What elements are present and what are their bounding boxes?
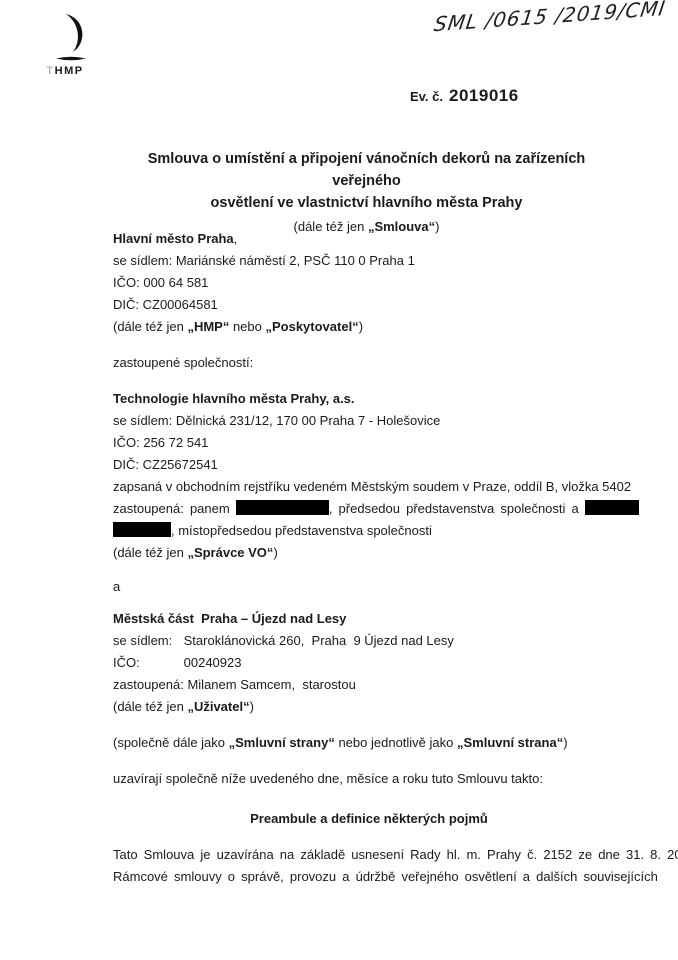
ev-number-line: Ev. č.2019016 [410,86,519,106]
party-hmp-name: Hlavní město Praha [113,231,234,246]
party-thmp-representation-line-1: zastoupená: panem , předsedou představen… [113,498,625,520]
ev-number-label: Ev. č. [410,89,443,104]
joint-post: ) [563,735,567,750]
party-thmp-dic: DIČ: CZ25672541 [113,454,625,476]
party-hmp-name-suffix: , [234,231,238,246]
title-line-2: osvětlení ve vlastnictví hlavního města … [113,192,620,214]
party-thmp-name-line: Technologie hlavního města Prahy, a.s. [113,388,625,410]
logo-text: THMP [40,65,90,77]
party-hmp-alias-term2: „Poskytovatel“ [265,319,358,334]
joint-mid: nebo jednotlivě jako [335,735,457,750]
party-thmp-alias-term: „Správce VO“ [187,545,273,560]
party-hmp-name-line: Hlavní město Praha, [113,228,625,250]
handwritten-reference: SML /0615 /2019/CMI [433,0,668,36]
party-thmp-representation-line-2: , místopředsedou představenstva společno… [113,520,625,542]
party-thmp-alias-post: ) [273,545,277,560]
party-thmp-alias-line: (dále též jen „Správce VO“) [113,542,625,564]
redaction-bar [236,500,329,515]
party-mc-ico-line: IČO: 00240923 [113,652,625,674]
preamble-paragraph-line-1: Tato Smlouva je uzavírána na základě usn… [113,844,625,866]
crescent-swoosh-icon [52,12,92,64]
joint-designation-line: (společně dále jako „Smluvní strany“ neb… [113,732,625,754]
party-thmp-registry: zapsaná v obchodním rejstříku vedeném Mě… [113,476,625,498]
party-mc-representation-line: zastoupená: Milanem Samcem, starostou [113,674,625,696]
party-hmp-ico: IČO: 000 64 581 [113,272,625,294]
contract-title-block: Smlouva o umístění a připojení vánočních… [113,148,620,238]
party-mc-ico-value: 00240923 [184,655,242,670]
title-line-1: Smlouva o umístění a připojení vánočních… [113,148,620,192]
party-mc-name: Městská část Praha – Újezd nad Lesy [113,611,346,626]
party-hmp-alias-pre: (dále též jen [113,319,187,334]
party-thmp-ico: IČO: 256 72 541 [113,432,625,454]
redaction-bar [585,500,639,515]
thmp-logo: THMP [40,12,90,77]
party-mc-rep-label: zastoupená: [113,677,184,692]
party-hmp-alias-post: ) [359,319,363,334]
party-hmp-alias-term1: „HMP“ [187,319,229,334]
party-hmp-alias-line: (dále též jen „HMP“ nebo „Poskytovatel“) [113,316,625,338]
representation-seg-3: , místopředsedou představenstva společno… [171,523,432,538]
ev-number-value: 2019016 [449,86,519,105]
contract-document-page: THMP SML /0615 /2019/CMI Ev. č.2019016 S… [0,0,678,960]
conclusion-line: uzavírají společně níže uvedeného dne, m… [113,768,625,790]
party-mc-address-line: se sídlem: Staroklánovická 260, Praha 9 … [113,630,625,652]
party-mc-rep-value: Milanem Samcem, starostou [187,677,355,692]
logo-text-hmp: HMP [55,65,84,77]
logo-text-t: T [46,65,54,77]
representation-seg-2: , předsedou představenstva společnosti a [329,501,579,516]
party-mc-ico-label: IČO: [113,652,180,674]
connector-and: a [113,576,625,598]
party-mc-alias-post: ) [250,699,254,714]
party-thmp-alias-pre: (dále též jen [113,545,187,560]
represented-by-line: zastoupené společností: [113,352,625,374]
contract-body: Hlavní město Praha, se sídlem: Mariánské… [113,228,625,888]
party-mc-address-label: se sídlem: [113,630,180,652]
representation-seg-1: zastoupená: panem [113,501,230,516]
party-thmp-address: se sídlem: Dělnická 231/12, 170 00 Praha… [113,410,625,432]
joint-term1: „Smluvní strany“ [229,735,335,750]
redaction-bar [113,522,171,537]
preamble-heading: Preambule a definice některých pojmů [113,808,625,830]
joint-term2: „Smluvní strana“ [457,735,563,750]
party-hmp-dic: DIČ: CZ00064581 [113,294,625,316]
party-hmp-address: se sídlem: Mariánské náměstí 2, PSČ 110 … [113,250,625,272]
party-mc-address-value: Staroklánovická 260, Praha 9 Újezd nad L… [184,633,454,648]
joint-pre: (společně dále jako [113,735,229,750]
party-mc-name-line: Městská část Praha – Újezd nad Lesy [113,608,625,630]
party-thmp-name: Technologie hlavního města Prahy, a.s. [113,391,355,406]
party-hmp-alias-mid: nebo [229,319,265,334]
preamble-paragraph-line-2: Rámcové smlouvy o správě, provozu a údrž… [113,866,625,888]
party-mc-alias-line: (dále též jen „Uživatel“) [113,696,625,718]
party-mc-alias-term: „Uživatel“ [187,699,249,714]
party-mc-alias-pre: (dále též jen [113,699,187,714]
